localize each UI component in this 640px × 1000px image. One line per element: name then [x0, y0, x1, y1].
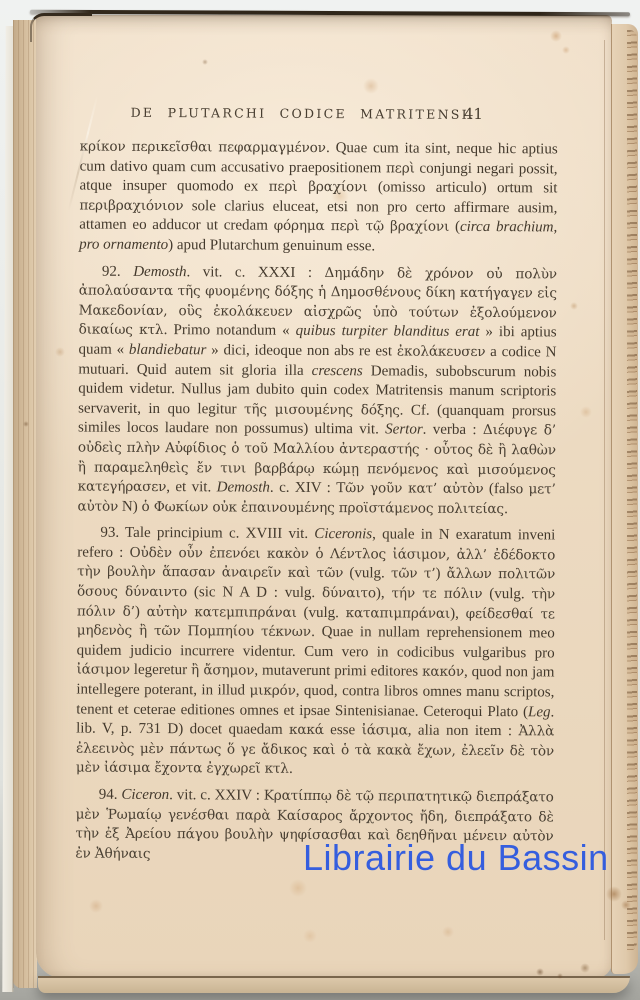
latin-text: ) apud Plutarchum genuinum esse.	[168, 237, 375, 254]
latin-text: ),	[450, 605, 466, 621]
paragraph: 93. Tale principium c. XVIII vit. Cicero…	[76, 523, 556, 781]
latin-text: » dici, ideoque non abs re est	[206, 342, 397, 359]
latin-italic-text: Sertor	[385, 422, 423, 438]
latin-text: (vulg.	[297, 605, 346, 621]
latin-text: (	[449, 219, 460, 235]
latin-text: , mutaverunt primi editores	[254, 663, 422, 680]
greek-text: κακόν	[422, 664, 464, 680]
latin-text: N)	[118, 498, 141, 514]
latin-text: (sic N A D : vulg.	[187, 584, 322, 601]
latin-text: ),	[376, 585, 392, 601]
greek-text: μικρόν	[249, 683, 295, 699]
greek-text: ἐκολάκευσεν	[397, 343, 486, 360]
latin-text: . vit. c. XXXI :	[187, 264, 325, 281]
latin-text: 92.	[102, 263, 133, 279]
latin-text: Primo notandum «	[167, 322, 295, 339]
greek-text: φόρημα περὶ τῷ βραχίονι	[274, 218, 450, 235]
greek-text: ἰάσιμον	[76, 662, 129, 678]
folio-number: 41	[464, 105, 483, 123]
paragraph: 92. Demosth. vit. c. XXXI : Δημάδην δὲ χ…	[77, 261, 557, 519]
printed-page-text: DE PLUTARCHI CODICE MATRITENSI. 41 κρίκο…	[75, 99, 558, 866]
latin-text: )	[435, 566, 446, 582]
latin-text: 94.	[99, 787, 122, 803]
watermark-text: Librairie du Bassin	[303, 837, 609, 879]
latin-text: (omisso articulo) ortum sit	[367, 179, 557, 196]
latin-text: (falso	[483, 481, 528, 497]
latin-text: )	[135, 604, 147, 620]
body-text: κρίκον περικεῖσθαι πεφαρμαγμένον. Quae c…	[75, 137, 557, 866]
latin-italic-text: Ciceron	[121, 787, 169, 803]
greek-text: κρίκον περικεῖσθαι πεφαρμαγμένον.	[80, 139, 330, 157]
page-header: DE PLUTARCHI CODICE MATRITENSI. 41	[80, 99, 558, 132]
paragraph: κρίκον περικεῖσθαι πεφαρμαγμένον. Quae c…	[79, 137, 558, 257]
latin-italic-text: Ciceronis	[314, 526, 372, 542]
greek-text: τήν τε πόλιν	[391, 586, 482, 603]
bottom-pages-edge	[38, 976, 630, 993]
latin-italic-text: Demosth	[133, 263, 186, 279]
latin-text: , et vit.	[166, 479, 216, 495]
photo-background: DE PLUTARCHI CODICE MATRITENSI. 41 κρίκο…	[0, 0, 640, 1000]
running-header: DE PLUTARCHI CODICE MATRITENSI.	[131, 105, 476, 122]
greek-text: δύναιτο	[322, 585, 376, 601]
greek-text: τῶν τ’	[391, 566, 436, 582]
greek-text: Τῶν γοῦν κατ’ αὐτὸν	[336, 480, 483, 497]
greek-text: κακά	[289, 722, 324, 738]
latin-text: . verba :	[423, 422, 483, 438]
greek-text: ἰάσιμα	[362, 722, 408, 738]
latin-text: . c. XIV :	[270, 480, 336, 496]
page-top-left-corner	[30, 13, 92, 42]
gutter-pages-edge	[13, 20, 37, 988]
latin-italic-text: Leg	[528, 704, 551, 720]
greek-text: καταπιμπράναι	[346, 605, 451, 622]
greek-text: περὶ βραχίονι	[269, 179, 368, 196]
latin-italic-text: Demosth	[217, 479, 270, 495]
latin-text: (vulg.	[343, 566, 391, 582]
page-right-fold-line	[604, 40, 605, 940]
latin-text: esse	[324, 722, 362, 738]
latin-text: , alia non item :	[408, 723, 519, 740]
greek-text: τῆς μισουμένης δόξης	[244, 401, 400, 418]
greek-text: περὶ	[386, 160, 415, 176]
latin-text: legeretur	[130, 662, 191, 678]
latin-italic-text: blandiebatur	[129, 342, 207, 358]
fore-edge-pages	[611, 24, 638, 974]
greek-text: ἢ ἄσημον	[191, 663, 254, 679]
latin-italic-text: crescens	[312, 362, 363, 378]
latin-italic-text: quibus turpiter blanditus erat	[296, 323, 480, 340]
greek-text: ὁ Φωκίων οὐκ ἐπαινουμένης προϊστάμενος π…	[141, 499, 508, 517]
greek-text: περιβραχιόνιον	[79, 197, 183, 214]
greek-text: αὐτὴν κατεμπιπράναι	[147, 604, 297, 621]
latin-text: 93. Tale principium c. XVIII vit.	[100, 525, 314, 542]
latin-text: . vit. c. XXIV :	[169, 787, 264, 804]
latin-text: (vulg.	[482, 586, 531, 602]
